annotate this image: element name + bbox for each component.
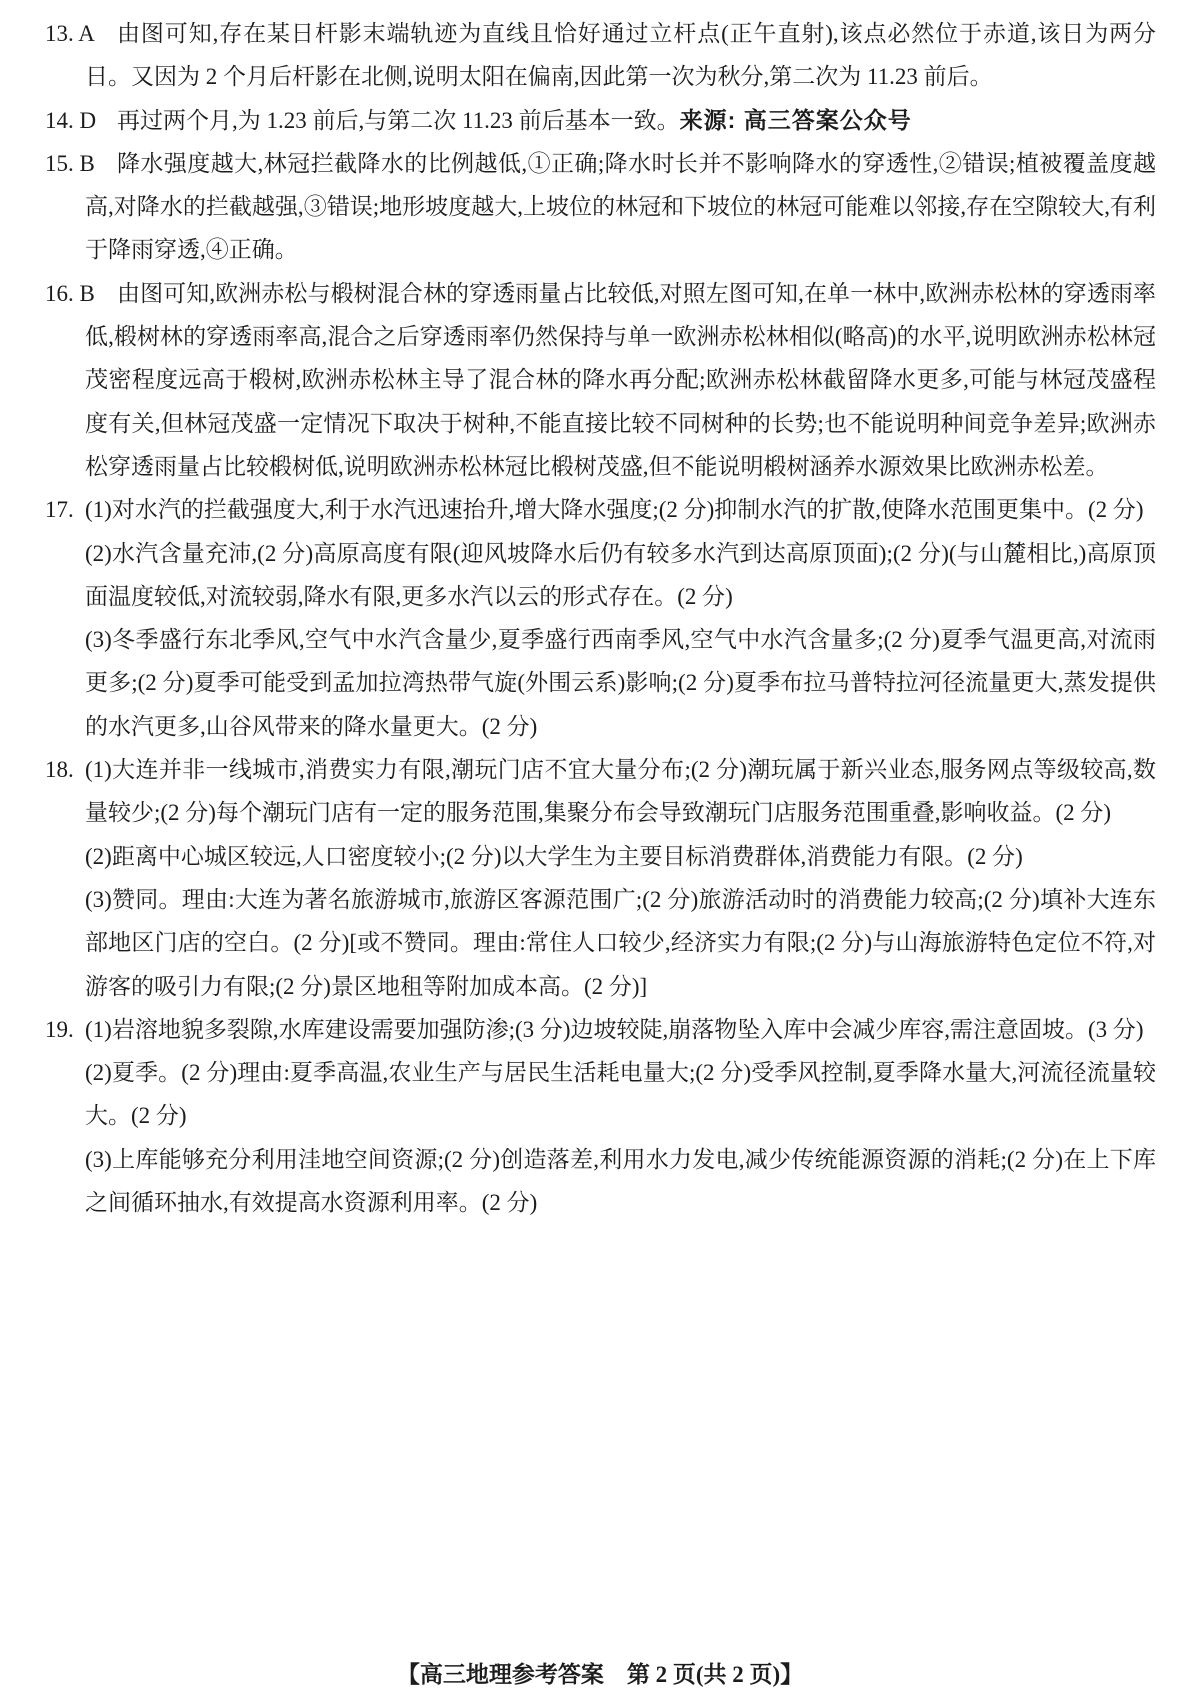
answer-paragraph: (2)距离中心城区较远,人口密度较小;(2 分)以大学生为主要目标消费群体,消费… — [85, 835, 1156, 878]
answer-text: (2)夏季。(2 分)理由:夏季高温,农业生产与居民生活耗电量大;(2 分)受季… — [85, 1060, 1156, 1128]
answer-item-16: 16. B由图可知,欧洲赤松与椴树混合林的穿透雨量占比较低,对照左图可知,在单一… — [45, 272, 1156, 488]
answer-number: 17. — [45, 488, 74, 531]
answer-paragraph: 由图可知,欧洲赤松与椴树混合林的穿透雨量占比较低,对照左图可知,在单一林中,欧洲… — [85, 272, 1156, 488]
answer-item-13: 13. A由图可知,存在某日杆影末端轨迹为直线且恰好通过立杆点(正午直射),该点… — [45, 12, 1156, 99]
answer-number: 18. — [45, 748, 74, 791]
answer-number: 15. B — [45, 142, 95, 185]
page-footer: 【高三地理参考答案 第 2 页(共 2 页)】 — [0, 1660, 1200, 1690]
answer-text: 降水强度越大,林冠拦截降水的比例越低,①正确;降水时长并不影响降水的穿透性,②错… — [85, 151, 1156, 263]
answer-paragraph: 再过两个月,为 1.23 前后,与第二次 11.23 前后基本一致。来源: 高三… — [85, 99, 1156, 142]
answer-item-14: 14. D再过两个月,为 1.23 前后,与第二次 11.23 前后基本一致。来… — [45, 99, 1156, 142]
answer-paragraph: (3)冬季盛行东北季风,空气中水汽含量少,夏季盛行西南季风,空气中水汽含量多;(… — [85, 618, 1156, 748]
answer-item-19: 19.(1)岩溶地貌多裂隙,水库建设需要加强防渗;(3 分)边坡较陡,崩落物坠入… — [45, 1008, 1156, 1224]
answer-text: (3)冬季盛行东北季风,空气中水汽含量少,夏季盛行西南季风,空气中水汽含量多;(… — [85, 627, 1156, 739]
answer-number: 13. A — [45, 12, 95, 55]
answer-text: (3)上库能够充分利用洼地空间资源;(2 分)创造落差,利用水力发电,减少传统能… — [85, 1147, 1156, 1215]
answer-paragraph: (2)夏季。(2 分)理由:夏季高温,农业生产与居民生活耗电量大;(2 分)受季… — [85, 1051, 1156, 1138]
answer-item-17: 17.(1)对水汽的拦截强度大,利于水汽迅速抬升,增大降水强度;(2 分)抑制水… — [45, 488, 1156, 748]
answer-text: (2)距离中心城区较远,人口密度较小;(2 分)以大学生为主要目标消费群体,消费… — [85, 844, 1023, 869]
answer-paragraph: 降水强度越大,林冠拦截降水的比例越低,①正确;降水时长并不影响降水的穿透性,②错… — [85, 142, 1156, 272]
answer-number: 19. — [45, 1008, 74, 1051]
answer-paragraph: (2)水汽含量充沛,(2 分)高原高度有限(迎风坡降水后仍有较多水汽到达高原顶面… — [85, 532, 1156, 619]
answer-number: 14. D — [45, 99, 96, 142]
answer-text: 再过两个月,为 1.23 前后,与第二次 11.23 前后基本一致。 — [117, 108, 680, 133]
answer-number: 16. B — [45, 272, 95, 315]
answer-text: 由图可知,存在某日杆影末端轨迹为直线且恰好通过立杆点(正午直射),该点必然位于赤… — [85, 21, 1156, 89]
answer-text: (1)岩溶地貌多裂隙,水库建设需要加强防渗;(3 分)边坡较陡,崩落物坠入库中会… — [85, 1017, 1144, 1042]
answer-text: 由图可知,欧洲赤松与椴树混合林的穿透雨量占比较低,对照左图可知,在单一林中,欧洲… — [85, 281, 1156, 479]
answer-paragraph: 由图可知,存在某日杆影末端轨迹为直线且恰好通过立杆点(正午直射),该点必然位于赤… — [85, 12, 1156, 99]
answer-sheet-page: 13. A由图可知,存在某日杆影末端轨迹为直线且恰好通过立杆点(正午直射),该点… — [0, 0, 1200, 1706]
answer-paragraph: (3)上库能够充分利用洼地空间资源;(2 分)创造落差,利用水力发电,减少传统能… — [85, 1138, 1156, 1225]
answer-text: (2)水汽含量充沛,(2 分)高原高度有限(迎风坡降水后仍有较多水汽到达高原顶面… — [85, 541, 1156, 609]
answer-item-15: 15. B降水强度越大,林冠拦截降水的比例越低,①正确;降水时长并不影响降水的穿… — [45, 142, 1156, 272]
answer-paragraph: (3)赞同。理由:大连为著名旅游城市,旅游区客源范围广;(2 分)旅游活动时的消… — [85, 878, 1156, 1008]
source-watermark: 来源: 高三答案公众号 — [680, 107, 912, 133]
answer-list: 13. A由图可知,存在某日杆影末端轨迹为直线且恰好通过立杆点(正午直射),该点… — [0, 0, 1200, 1224]
answer-text: (3)赞同。理由:大连为著名旅游城市,旅游区客源范围广;(2 分)旅游活动时的消… — [85, 887, 1156, 999]
answer-text: (1)对水汽的拦截强度大,利于水汽迅速抬升,增大降水强度;(2 分)抑制水汽的扩… — [85, 497, 1144, 522]
answer-item-18: 18.(1)大连并非一线城市,消费实力有限,潮玩门店不宜大量分布;(2 分)潮玩… — [45, 748, 1156, 1008]
answer-paragraph: (1)对水汽的拦截强度大,利于水汽迅速抬升,增大降水强度;(2 分)抑制水汽的扩… — [85, 488, 1156, 531]
answer-text: (1)大连并非一线城市,消费实力有限,潮玩门店不宜大量分布;(2 分)潮玩属于新… — [85, 757, 1156, 825]
answer-paragraph: (1)岩溶地貌多裂隙,水库建设需要加强防渗;(3 分)边坡较陡,崩落物坠入库中会… — [85, 1008, 1156, 1051]
answer-paragraph: (1)大连并非一线城市,消费实力有限,潮玩门店不宜大量分布;(2 分)潮玩属于新… — [85, 748, 1156, 835]
